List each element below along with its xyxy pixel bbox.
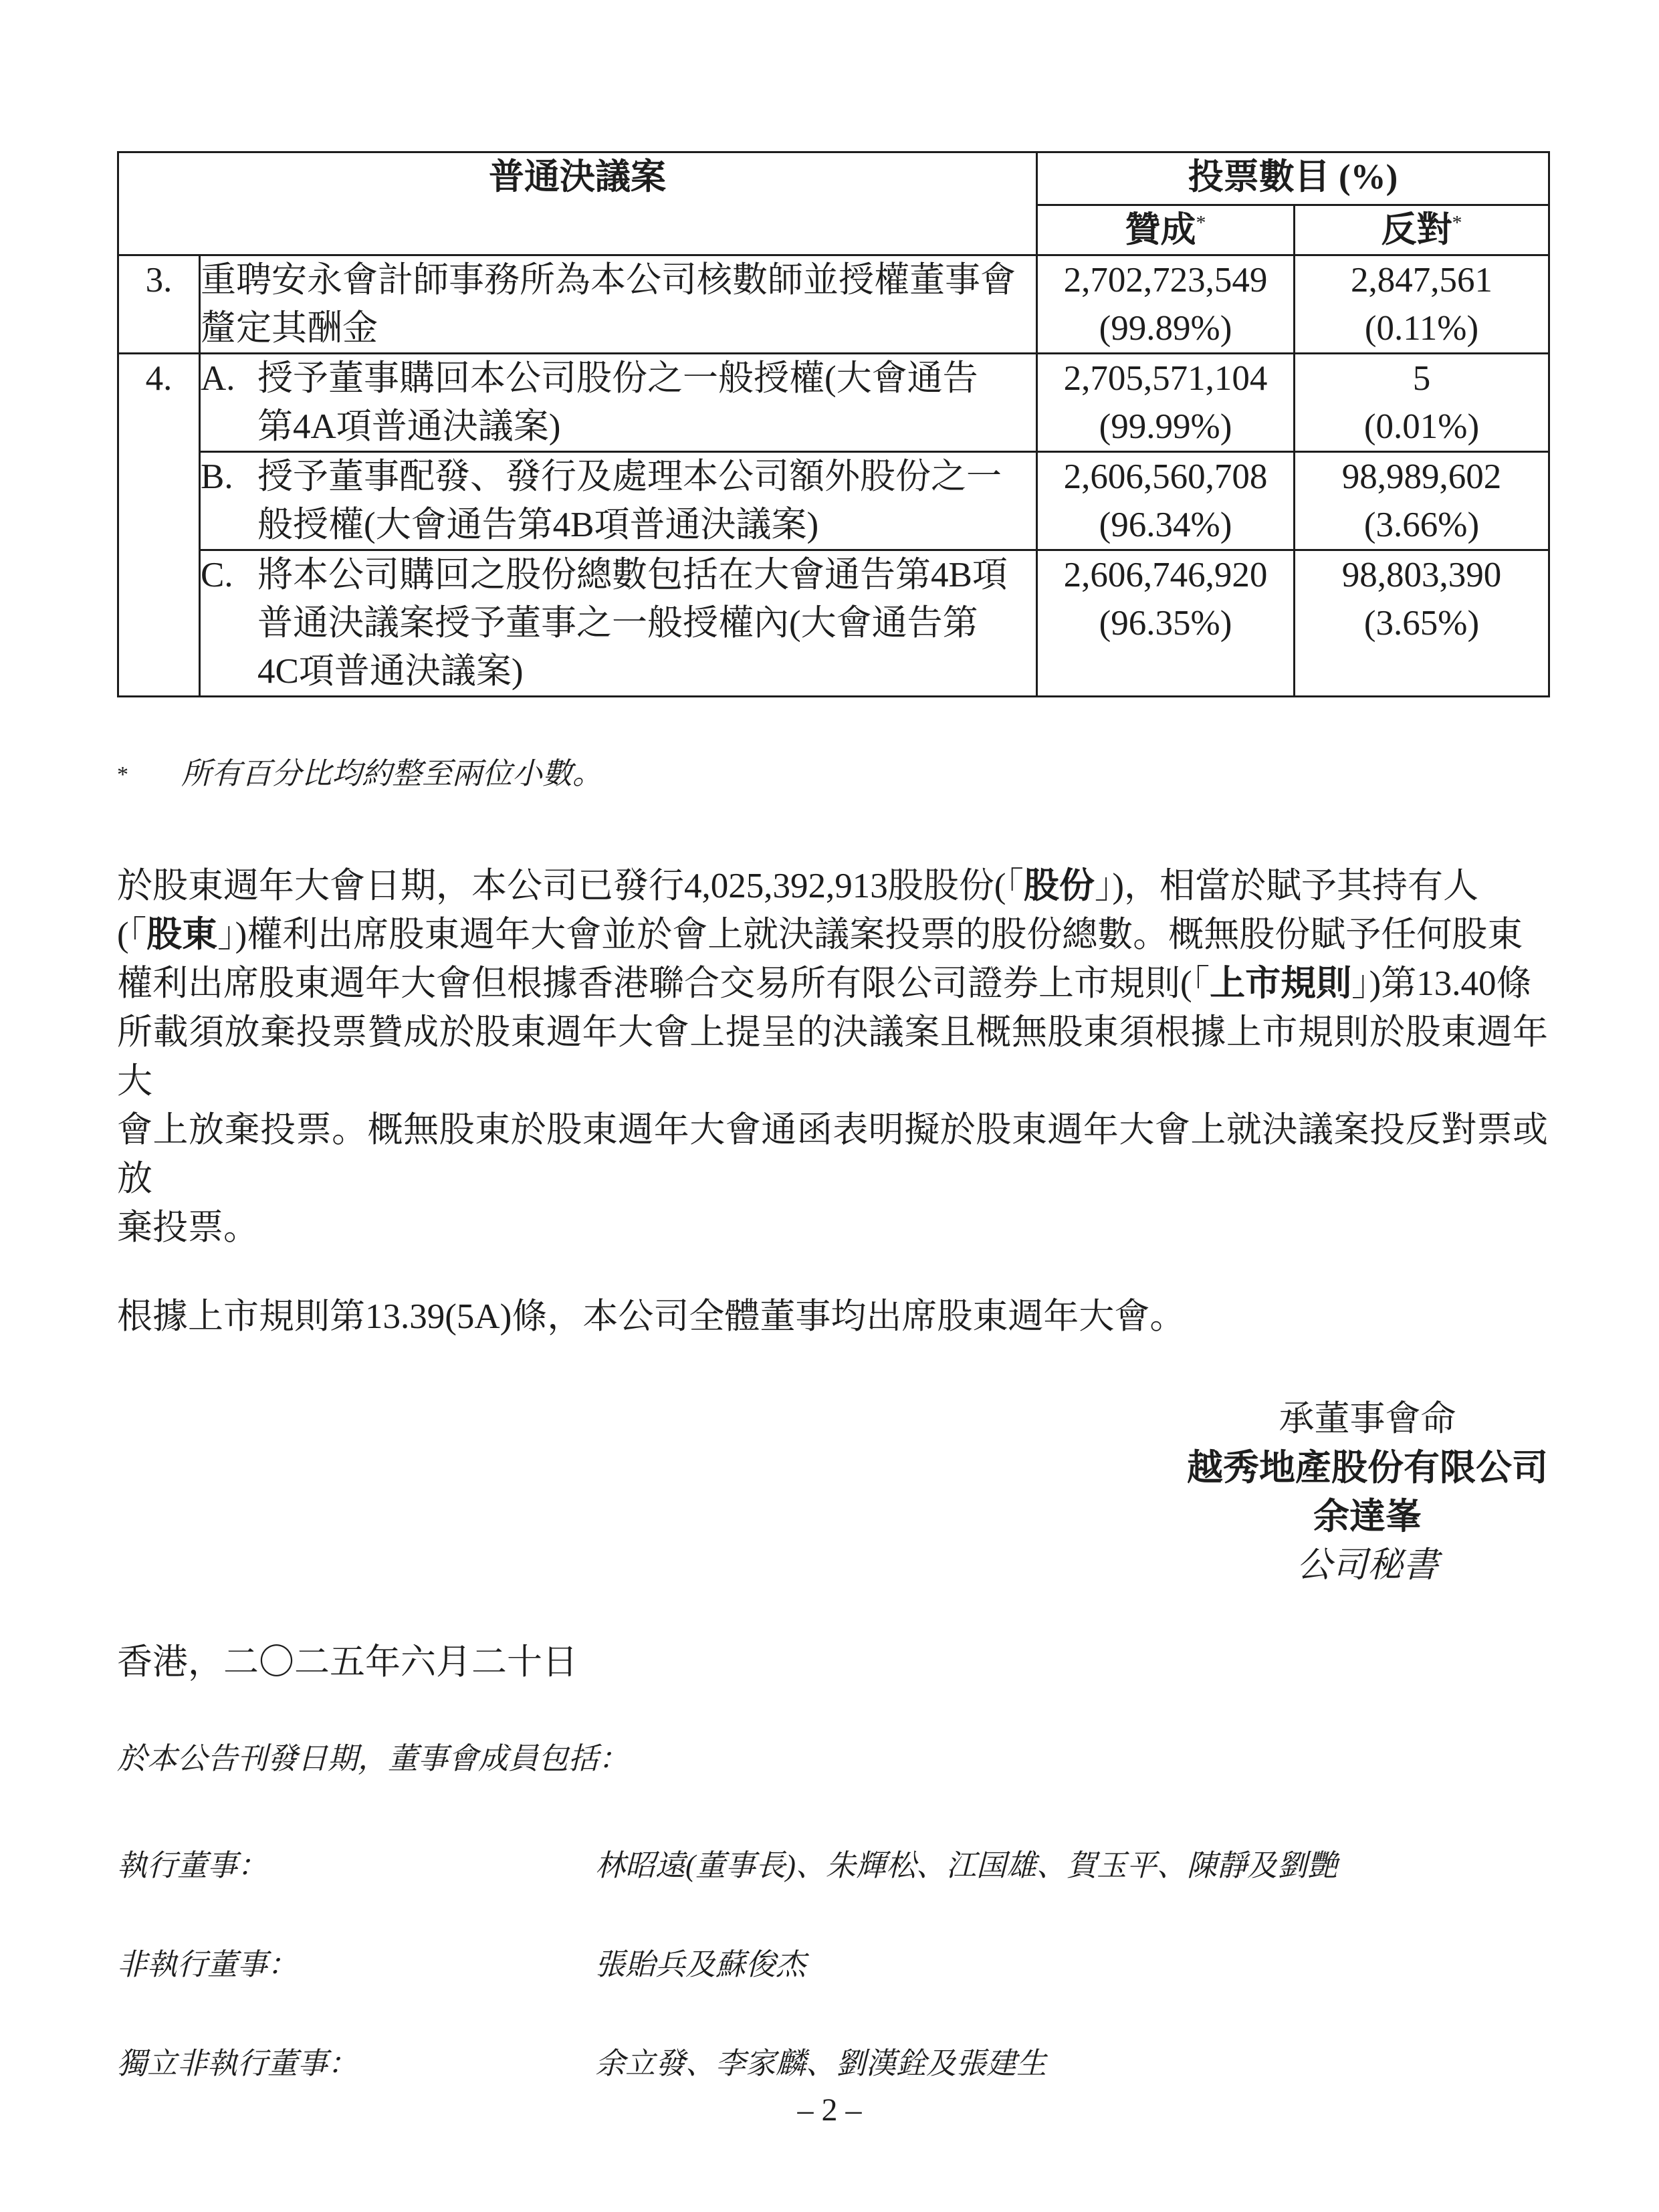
column-header-against: 反對* bbox=[1295, 205, 1549, 255]
executive-directors-row: 執行董事： 林昭遠(董事長)、朱輝松、江国雄、賀玉平、陳靜及劉艷 bbox=[117, 1846, 1548, 1886]
votes-for-cell: 2,606,560,708 (96.34%) bbox=[1037, 452, 1295, 550]
votes-against-cell: 98,989,602 (3.66%) bbox=[1295, 452, 1549, 550]
paragraph-segment: 」)第13.40條 所載須放棄投票贊成於股東週年大會上提呈的決議案且概無股東須根… bbox=[117, 964, 1548, 1247]
votes-for-percent: (99.99%) bbox=[1038, 403, 1293, 451]
attendance-paragraph: 根據上市規則第13.39(5A)條，本公司全體董事均出席股東週年大會。 bbox=[117, 1293, 1548, 1341]
resolution-number: 4. bbox=[118, 354, 200, 697]
column-header-votes: 投票數目 (%) bbox=[1037, 152, 1549, 205]
page-footer: – 2 – bbox=[0, 2092, 1659, 2128]
column-header-resolutions: 普通決議案 bbox=[118, 152, 1037, 255]
resolutions-header-label: 普通決議案 bbox=[489, 158, 666, 197]
votes-against-percent: (0.11%) bbox=[1295, 304, 1548, 352]
resolution-letter: A. bbox=[201, 354, 257, 451]
table-row-4b: B. 授予董事配發、發行及處理本公司額外股份之一 般授權(大會通告第4B項普通決… bbox=[118, 452, 1549, 550]
non-executive-directors-row: 非執行董事： 張貽兵及蘇俊杰 bbox=[117, 1945, 1548, 1985]
votes-against-percent: (3.66%) bbox=[1295, 501, 1548, 549]
independent-non-executive-directors-row: 獨立非執行董事： 余立發、李家麟、劉漢銓及張建生 bbox=[117, 2043, 1548, 2084]
non-executive-directors-label: 非執行董事： bbox=[117, 1945, 595, 1985]
defined-term-listing-rules: 上市規則 bbox=[1210, 964, 1351, 1003]
footnote-text: 所有百分比均約整至兩位小數。 bbox=[181, 754, 602, 795]
secretary-title: 公司秘書 bbox=[1187, 1541, 1548, 1590]
resolution-description: B. 授予董事配發、發行及處理本公司額外股份之一 般授權(大會通告第4B項普通決… bbox=[200, 452, 1037, 550]
page-content: 普通決議案 投票數目 (%) 贊成* 反對* 3. bbox=[0, 151, 1548, 2084]
votes-against-cell: 2,847,561 (0.11%) bbox=[1295, 255, 1549, 354]
table-row-3: 3. 重聘安永會計師事務所為本公司核數師並授權董事會 釐定其酬金 2,702,7… bbox=[118, 255, 1549, 354]
votes-for-cell: 2,705,571,104 (99.99%) bbox=[1037, 354, 1295, 452]
percentage-footnote: * 所有百分比均約整至兩位小數。 bbox=[117, 754, 1548, 795]
shares-issued-paragraph: 於股東週年大會日期，本公司已發行4,025,392,913股股份(「股份」)，相… bbox=[117, 862, 1548, 1252]
votes-against-count: 2,847,561 bbox=[1295, 256, 1548, 304]
defined-term-shareholders: 股東 bbox=[146, 915, 217, 954]
by-order-of-board: 承董事會命 bbox=[1187, 1395, 1548, 1444]
votes-against-count: 5 bbox=[1295, 354, 1548, 403]
table-row-4c: C. 將本公司購回之股份總數包括在大會通告第4B項 普通決議案授予董事之一般授權… bbox=[118, 550, 1549, 697]
votes-against-cell: 98,803,390 (3.65%) bbox=[1295, 550, 1549, 697]
votes-for-cell: 2,606,746,920 (96.35%) bbox=[1037, 550, 1295, 697]
board-composition-note: 於本公告刊發日期，董事會成員包括： bbox=[117, 1739, 1548, 1779]
footnote-marker-against: * bbox=[1452, 211, 1462, 233]
footnote-asterisk: * bbox=[117, 754, 181, 795]
column-header-for: 贊成* bbox=[1037, 205, 1295, 255]
defined-term-shares: 股份 bbox=[1024, 867, 1095, 905]
table-header-row-1: 普通決議案 投票數目 (%) bbox=[118, 152, 1549, 205]
secretary-name: 余達峯 bbox=[1187, 1492, 1548, 1541]
resolution-letter: C. bbox=[201, 551, 257, 695]
non-executive-directors-names: 張貽兵及蘇俊杰 bbox=[595, 1945, 1548, 1985]
resolution-text: 授予董事購回本公司股份之一般授權(大會通告 第4A項普通決議案) bbox=[257, 354, 1036, 451]
votes-against-count: 98,989,602 bbox=[1295, 453, 1548, 501]
resolution-text: 重聘安永會計師事務所為本公司核數師並授權董事會 釐定其酬金 bbox=[201, 256, 1036, 352]
resolution-text: 將本公司購回之股份總數包括在大會通告第4B項 普通決議案授予董事之一般授權內(大… bbox=[257, 551, 1036, 695]
signature-block: 承董事會命 越秀地產股份有限公司 余達峯 公司秘書 bbox=[1187, 1395, 1548, 1590]
votes-for-count: 2,606,560,708 bbox=[1038, 453, 1293, 501]
votes-for-percent: (99.89%) bbox=[1038, 304, 1293, 352]
paragraph-segment: 於股東週年大會日期，本公司已發行4,025,392,913股股份(「 bbox=[117, 867, 1024, 905]
votes-for-cell: 2,702,723,549 (99.89%) bbox=[1037, 255, 1295, 354]
against-header-label: 反對 bbox=[1381, 211, 1452, 249]
place-dateline: 香港，二〇二五年六月二十日 bbox=[117, 1638, 1548, 1687]
resolution-text: 授予董事配發、發行及處理本公司額外股份之一 般授權(大會通告第4B項普通決議案) bbox=[257, 453, 1036, 549]
votes-for-count: 2,705,571,104 bbox=[1038, 354, 1293, 403]
votes-against-cell: 5 (0.01%) bbox=[1295, 354, 1549, 452]
resolution-description: C. 將本公司購回之股份總數包括在大會通告第4B項 普通決議案授予董事之一般授權… bbox=[200, 550, 1037, 697]
votes-for-percent: (96.34%) bbox=[1038, 501, 1293, 549]
poll-results-table: 普通決議案 投票數目 (%) 贊成* 反對* 3. bbox=[117, 151, 1550, 697]
footnote-marker-for: * bbox=[1196, 211, 1206, 233]
resolution-description: 重聘安永會計師事務所為本公司核數師並授權董事會 釐定其酬金 bbox=[200, 255, 1037, 354]
independent-non-executive-directors-label: 獨立非執行董事： bbox=[117, 2043, 595, 2084]
votes-for-percent: (96.35%) bbox=[1038, 599, 1293, 647]
executive-directors-names: 林昭遠(董事長)、朱輝松、江国雄、賀玉平、陳靜及劉艷 bbox=[595, 1846, 1548, 1886]
resolution-description: A. 授予董事購回本公司股份之一般授權(大會通告 第4A項普通決議案) bbox=[200, 354, 1037, 452]
company-name: 越秀地產股份有限公司 bbox=[1187, 1444, 1548, 1492]
for-header-label: 贊成 bbox=[1125, 211, 1196, 249]
resolution-letter: B. bbox=[201, 453, 257, 549]
votes-header-label: 投票數目 (%) bbox=[1188, 158, 1398, 197]
page-number: – 2 – bbox=[798, 2092, 862, 2128]
table-row-4a: 4. A. 授予董事購回本公司股份之一般授權(大會通告 第4A項普通決議案) 2… bbox=[118, 354, 1549, 452]
votes-for-count: 2,702,723,549 bbox=[1038, 256, 1293, 304]
announcement-page: 普通決議案 投票數目 (%) 贊成* 反對* 3. bbox=[0, 0, 1659, 2212]
votes-against-count: 98,803,390 bbox=[1295, 551, 1548, 599]
resolution-number: 3. bbox=[118, 255, 200, 354]
votes-against-percent: (3.65%) bbox=[1295, 599, 1548, 647]
votes-against-percent: (0.01%) bbox=[1295, 403, 1548, 451]
independent-non-executive-directors-names: 余立發、李家麟、劉漢銓及張建生 bbox=[595, 2043, 1548, 2084]
executive-directors-label: 執行董事： bbox=[117, 1846, 595, 1886]
votes-for-count: 2,606,746,920 bbox=[1038, 551, 1293, 599]
